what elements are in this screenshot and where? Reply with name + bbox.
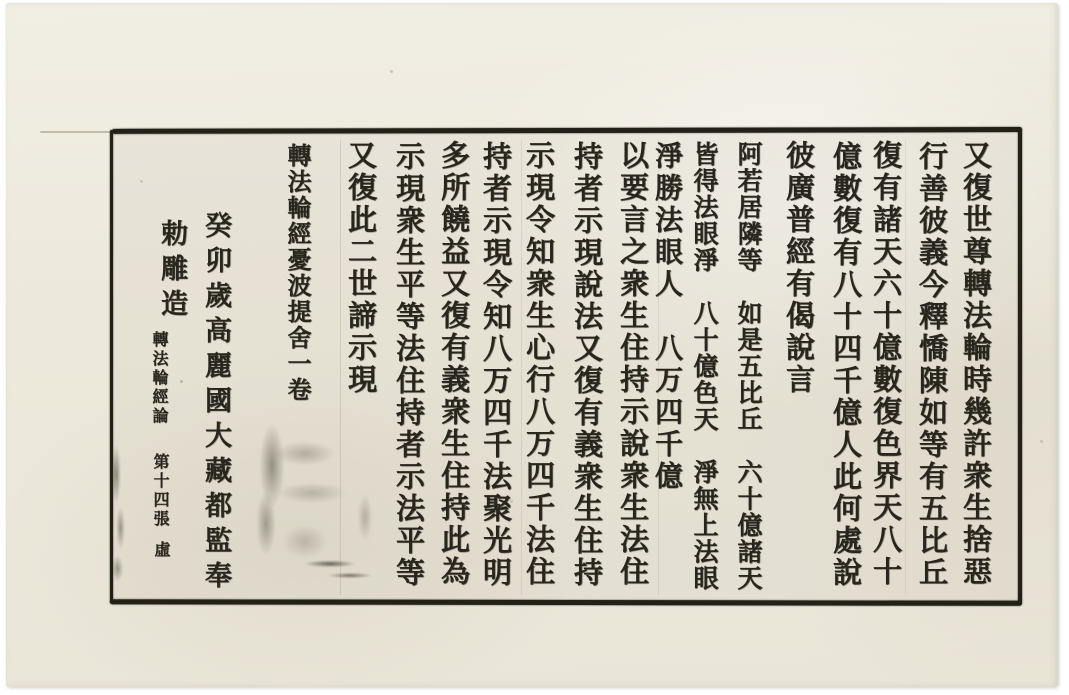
sutra-column-10: 持者示現說法又復有義衆生住持 bbox=[571, 141, 600, 589]
sutra-column-15: 又復此二世諦示現 bbox=[345, 140, 374, 396]
volume-marker: 虛 bbox=[152, 541, 168, 560]
sutra-column-3: 復有諸天六十億數復色界天八十 bbox=[870, 140, 899, 588]
sutra-column-13: 多所饒益又復有義衆生住持此為 bbox=[438, 140, 467, 588]
frame-right-border bbox=[1018, 129, 1022, 603]
sutra-column-11: 示現令知衆生心行八万四千法住 bbox=[523, 140, 552, 588]
sutra-column-5: 彼廣普經有偈說言 bbox=[783, 140, 812, 396]
colophon-date-column: 癸卯歲高麗國大藏都監奉 bbox=[202, 211, 229, 596]
sutra-column-2: 行善彼義今釋憍陳如等有五比丘 bbox=[916, 141, 945, 589]
paper-specks bbox=[180, 380, 183, 383]
sutra-column-6-verse: 阿若居隣等 如是五比丘 六十億諸天 bbox=[735, 141, 760, 592]
paper-fold-line bbox=[905, 140, 906, 595]
sutra-column-7-verse: 皆得法眼淨 八十億色天 淨無上法眼 bbox=[691, 141, 716, 592]
woodblock-print-photo: 又復世尊轉法輪時幾許衆生捨惡 行善彼義今釋憍陳如等有五比丘 復有諸天六十億數復色… bbox=[0, 0, 1069, 695]
sutra-column-4: 億數復有八十四千億人此何處說 bbox=[830, 141, 859, 589]
end-title-column: 轉法輪經憂波提舍一卷 bbox=[284, 143, 308, 403]
sutra-column-14: 示現衆生平等法住持者示法平等 bbox=[393, 141, 422, 589]
running-title: 轉法輪經論 bbox=[150, 331, 166, 426]
sutra-column-8-verse: 淨勝法眼人 八万四千億 bbox=[652, 141, 680, 493]
sutra-column-12: 持者示現令知八万四千法聚光明 bbox=[480, 141, 509, 589]
sheet-number: 第十四張 bbox=[151, 453, 167, 529]
frame-left-border bbox=[110, 130, 113, 603]
sutra-column-9: 以要言之衆生住持示說衆生法住 bbox=[617, 140, 646, 588]
sutra-column-1: 又復世尊轉法輪時幾許衆生捨惡 bbox=[960, 140, 989, 588]
colophon-edict-column: 勅雕造 bbox=[158, 219, 185, 324]
paper-fold-line bbox=[340, 140, 341, 595]
